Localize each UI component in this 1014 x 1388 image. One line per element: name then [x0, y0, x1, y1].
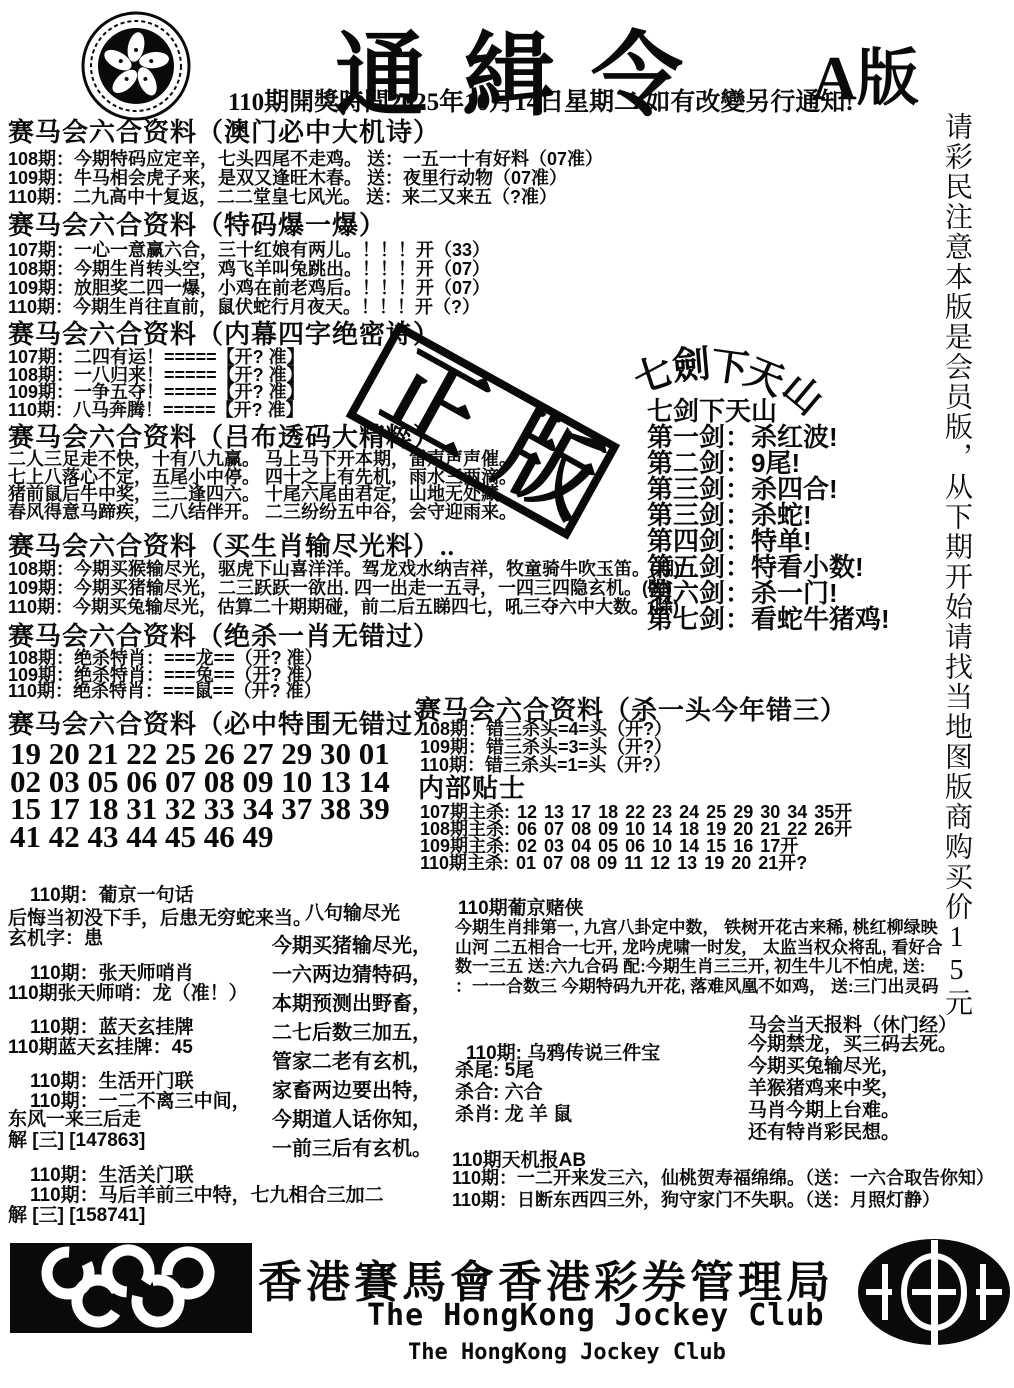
poem-line: 猪前鼠后牛中奖，三二逢四六。 十尾六尾由君定，山地无处藏。	[8, 486, 517, 504]
sword-item: 第三剑：杀蛇!	[647, 502, 890, 528]
sword-item: 第一剑：杀红波!	[647, 424, 890, 450]
poem-line: 春风得意马蹄疾，二八结伴开。 二三纷纷五中谷，会守迎雨来。	[8, 504, 517, 522]
kill-zodiac-line: 杀肖: 龙 羊 鼠	[455, 1104, 572, 1126]
jue-sha-lines: 108期：绝杀特肖：===龙==（开? 准） 109期：绝杀特肖：===兔==（…	[8, 650, 323, 700]
poem-line: 108期：今期特码应定辛，七头四尾不走鸡。 送：一五一十有好料（07准）	[8, 150, 603, 169]
section-heading-neimu: 赛马会六合资料（内幕四字绝密诗）	[8, 314, 440, 351]
jockey-club-rings-logo	[10, 1243, 252, 1338]
crow-legend-lines: 杀尾: 5尾 杀合: 六合 杀肖: 龙 羊 鼠	[455, 1060, 572, 1126]
eight-verse-lines: 今期买猪输尽光， 一六两边猜特码， 本期预测出野畜， 二七后数三加五， 管家二老…	[272, 932, 432, 1164]
poem-line: 107期：二四有运！=====【开? 准】	[8, 349, 305, 367]
section-heading-macau-poem: 赛马会六合资料（澳门必中大机诗）	[8, 112, 440, 149]
paragraph-line: 山河 二五相合一七开, 龙吟虎啸一时发， 太监当权众将乱, 看好合	[455, 938, 942, 958]
tema-bao-lines: 107期：一心一意赢六合，三十红娘有两儿。！！！开（33） 108期：今期生肖转…	[8, 241, 490, 317]
sword-item: 第五剑：特看小数!	[647, 554, 890, 580]
lottery-tip-sheet-page: { "header": { "title": "通緝令", "edition":…	[0, 0, 1014, 1388]
neimu-lines: 107期：二四有运！=====【开? 准】 108期：一八归来！=====【开?…	[8, 349, 305, 419]
pujing-gambler-paragraph: 今期生肖排第一, 九宫八卦定中数， 铁树开花古来稀, 桃红柳绿映 山河 二五相合…	[455, 918, 942, 996]
bauhinia-seal-icon	[78, 10, 194, 127]
report-line: 今期禁龙，买三码去死。	[748, 1034, 957, 1056]
sword-item: 第六剑：杀一门!	[647, 580, 890, 606]
poem-line: 108期：今期生肖转头空，鸡飞羊叫兔跳出。！！！开（07）	[8, 260, 490, 279]
guanmenlian-answer: 解 [三] [158741]	[8, 1200, 145, 1227]
section-heading-zodiac-lose: 赛马会六合资料（买生肖输尽光料）..	[8, 526, 455, 563]
sword-item: 第二剑：9尾!	[647, 450, 890, 476]
section-heading-tema-bao: 赛马会六合资料（特码爆一爆）	[8, 205, 386, 242]
verse-line: 一六两边猜特码，	[272, 961, 432, 990]
kill-numbers-line: 110期主杀: 01 07 08 09 11 12 13 19 20 21开?	[420, 855, 852, 872]
zodiac-lose-lines: 108期：今期买猴输尽光，驱虎下山喜洋洋。驾龙戏水纳吉祥，牧童骑牛吹玉笛。(期)…	[8, 560, 680, 617]
paragraph-line: 数一三五 送:六九合码 配:今期生肖三三开, 初生牛儿不怕虎, 送:	[455, 957, 942, 977]
tianji-line: 110期：一二开来发三六，仙桃贺寿福绵绵。（送：一六合取告你知）	[452, 1167, 994, 1189]
tianji-lines: 110期：一二开来发三六，仙桃贺寿福绵绵。（送：一六合取告你知） 110期：日断…	[452, 1167, 994, 1211]
footer-round-seal-icon	[854, 1238, 1014, 1355]
member-edition-vertical-notice: 请彩民注意本版是会员版，从下期开始请找当地图版商购买价15元	[936, 112, 976, 884]
poem-line: 108期：错三杀头=4=头（开?）	[420, 720, 672, 738]
poem-line: 109期：今期买猪输尽光，二三跃跃一欲出. 四一出走一五寻，一四三四隐玄机。(明…	[8, 579, 680, 598]
sword-item: 第四剑：特单!	[647, 528, 890, 554]
report-line: 还有特肖彩民想。	[748, 1122, 957, 1144]
pujing-phrase-mystery-char: 玄机字：患	[8, 923, 103, 950]
footer-org-name-en-small: The HongKong Jockey Club	[408, 1340, 726, 1365]
tianji-line: 110期：日断东西四三外，狗守家门不失职。（送：月照灯静）	[452, 1189, 994, 1211]
kaimenlian-answer: 解 [三] [147863]	[8, 1125, 145, 1152]
kill-tail-line: 杀尾: 5尾	[455, 1060, 572, 1082]
verse-line: 本期预测出野畜，	[272, 990, 432, 1019]
verse-line: 家畜两边要出特，	[272, 1077, 432, 1106]
footer-org-name-en: The HongKong Jockey Club	[367, 1298, 824, 1333]
verse-line: 今期道人话你知，	[272, 1106, 432, 1135]
kill-sum-line: 杀合: 六合	[455, 1082, 572, 1104]
poem-line: 109期：错三杀头=3=头（开?）	[420, 738, 672, 756]
paragraph-line: ：一一合数三 今期特码九开花, 落难风凰不如鸡， 送:三门出灵码	[455, 977, 942, 997]
zhangtianshi-line: 110期张天师哨：龙（准！）	[8, 978, 248, 1005]
poem-line: 110期：今期买兔输尽光，估算二十期期碰，前二后五睇四七，吼三夺六中大数。(除)	[8, 598, 680, 617]
verse-line: 今期买猪输尽光，	[272, 932, 432, 961]
poem-line: 109期：牛马相会虎子来，是双又逢旺木春。 送：夜里行动物（07准）	[8, 169, 603, 188]
arc-title-char: 劍	[670, 332, 713, 390]
number-row: 41 42 43 44 45 46 49	[10, 823, 390, 851]
sword-item: 第七剑：看蛇牛猪鸡!	[647, 606, 890, 632]
sha-yitou-lines: 108期：错三杀头=4=头（开?） 109期：错三杀头=3=头（开?） 110期…	[420, 720, 672, 774]
poem-line: 108期：今期买猴输尽光，驱虎下山喜洋洋。驾龙戏水纳吉祥，牧童骑牛吹玉笛。(期)	[8, 560, 680, 579]
bizhong-number-grid: 19 20 21 22 25 26 27 29 30 01 02 03 05 0…	[10, 740, 390, 850]
poem-line: 109期：放胆奖二四一爆，小鸡在前老鸡后。！！！开（07）	[8, 279, 490, 298]
neibu-lines: 107期主杀: 12 13 17 18 22 23 24 25 29 30 34…	[420, 804, 852, 872]
report-line: 马肖今期上台难。	[748, 1100, 957, 1122]
section-heading-neibu: 内部贴士	[418, 768, 526, 805]
verse-line: 二七后数三加五，	[272, 1019, 432, 1048]
sword-item: 第三剑：杀四合!	[647, 476, 890, 502]
horse-report-title: 马会当天报料（休门经）	[748, 1010, 957, 1037]
seven-swords-title: 七剑下天山	[647, 398, 890, 424]
poem-line: 107期：一心一意赢六合，三十红娘有两儿。！！！开（33）	[8, 241, 490, 260]
horse-report-lines: 今期禁龙，买三码去死。 今期买兔输尽光， 羊猴猪鸡来中奖， 马肖今期上台难。 还…	[748, 1034, 957, 1144]
eight-verse-title: 八句输尽光	[305, 898, 400, 925]
seven-swords-list: 七剑下天山 第一剑：杀红波! 第二剑：9尾! 第三剑：杀四合! 第三剑：杀蛇! …	[647, 398, 890, 632]
report-line: 今期买兔输尽光，	[748, 1056, 957, 1078]
verse-line: 管家二老有玄机，	[272, 1048, 432, 1077]
report-line: 羊猴猪鸡来中奖，	[748, 1078, 957, 1100]
poem-line: 109期：一争五夺！=====【开? 准】	[8, 384, 305, 402]
macau-poem-lines: 108期：今期特码应定辛，七头四尾不走鸡。 送：一五一十有好料（07准） 109…	[8, 150, 603, 207]
paragraph-line: 今期生肖排第一, 九宫八卦定中数， 铁树开花古来稀, 桃红柳绿映	[455, 918, 942, 938]
lantian-line: 110期蓝天玄挂牌：45	[8, 1032, 193, 1059]
poem-line: 110期：绝杀特肖：===鼠==（开? 准）	[8, 683, 323, 700]
pujing-gambler-title: 110期葡京赌侠	[458, 893, 584, 920]
verse-line: 一前三后有玄机。	[272, 1135, 432, 1164]
